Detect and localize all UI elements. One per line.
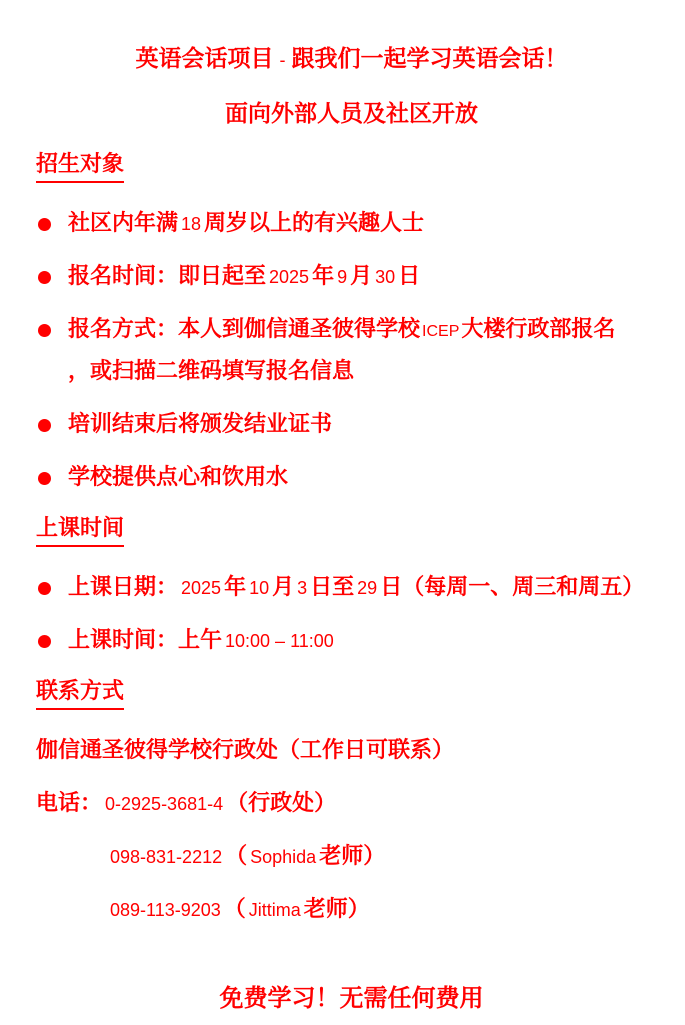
reg-period-day: 30 <box>375 267 395 287</box>
flyer-page: 英语会话项目-跟我们一起学习英语会话！ 面向外部人员及社区开放 招生对象 社区内… <box>0 0 685 1025</box>
phone-main-number: 0-2925-3681-4 <box>105 794 223 814</box>
refreshments-text: 学校提供点心和饮用水 <box>68 465 288 490</box>
bullet-item-eligibility: 社区内年满18周岁以上的有兴趣人士 <box>36 209 667 239</box>
teacher1-paren-open: （ <box>225 844 247 869</box>
class-dates-year: 2025 <box>181 578 221 598</box>
reg-period-text-4: 日 <box>398 264 420 289</box>
bullet-icon <box>38 419 51 432</box>
reg-period-year: 2025 <box>269 267 309 287</box>
footer-free-notice: 免费学习！无需任何费用 <box>36 983 667 1013</box>
bullet-icon <box>38 271 51 284</box>
bullet-item-class-time: 上课时间：上午10:00 – 11:00 <box>36 626 667 656</box>
page-subtitle: 面向外部人员及社区开放 <box>36 99 667 129</box>
bullet-item-refreshments: 学校提供点心和饮用水 <box>36 463 667 493</box>
heading-admission-text: 招生对象 <box>36 152 124 183</box>
class-dates-end-day: 29 <box>357 578 377 598</box>
section-heading-schedule: 上课时间 <box>36 514 667 547</box>
contact-phone-teacher1: 098-831-2212（Sophida老师） <box>36 842 667 872</box>
reg-period-month: 9 <box>337 267 347 287</box>
title-part2: 跟我们一起学习英语会话！ <box>292 46 568 72</box>
bullet-icon <box>38 472 51 485</box>
bullet-item-certificate: 培训结束后将颁发结业证书 <box>36 410 667 440</box>
teacher2-title: 老师） <box>304 897 370 922</box>
teacher2-paren-open: （ <box>224 897 246 922</box>
reg-period-text-1: 报名时间：即日起至 <box>68 264 266 289</box>
page-title: 英语会话项目-跟我们一起学习英语会话！ <box>36 44 667 75</box>
eligibility-text-1: 社区内年满 <box>68 211 178 236</box>
reg-method-line2: ，或扫描二维码填写报名信息 <box>68 357 667 387</box>
phone-main-dept: （行政处） <box>226 791 336 816</box>
title-dash: - <box>280 50 286 70</box>
contact-office-line: 伽信通圣彼得学校行政处（工作日可联系） <box>36 736 667 766</box>
teacher1-title: 老师） <box>319 844 385 869</box>
teacher1-phone-number: 098-831-2212 <box>110 847 222 867</box>
section-heading-admission: 招生对象 <box>36 150 667 183</box>
bullet-item-registration-period: 报名时间：即日起至2025年9月30日 <box>36 262 667 292</box>
class-dates-month: 10 <box>249 578 269 598</box>
bullet-icon <box>38 324 51 337</box>
reg-method-text-2: 大楼行政部报名 <box>461 317 615 342</box>
contact-phone-main: 电话：0-2925-3681-4（行政处） <box>36 789 667 819</box>
class-dates-text-4: 日至 <box>310 575 354 600</box>
class-dates-text-2: 年 <box>224 575 246 600</box>
class-dates-text-1: 上课日期： <box>68 575 178 600</box>
class-dates-start-day: 3 <box>297 578 307 598</box>
certificate-text: 培训结束后将颁发结业证书 <box>68 412 332 437</box>
teacher2-phone-number: 089-113-9203 <box>110 900 221 920</box>
bullet-icon <box>38 582 51 595</box>
title-part1: 英语会话项目 <box>136 46 274 72</box>
teacher1-name: Sophida <box>250 847 316 867</box>
reg-method-text-1: 报名方式：本人到伽信通圣彼得学校 <box>68 317 420 342</box>
class-time-text: 上课时间：上午 <box>68 628 222 653</box>
bullet-item-registration-method: 报名方式：本人到伽信通圣彼得学校ICEP大楼行政部报名 ，或扫描二维码填写报名信… <box>36 315 667 387</box>
class-time-range: 10:00 – 11:00 <box>225 631 334 651</box>
class-dates-text-3: 月 <box>272 575 294 600</box>
reg-period-text-2: 年 <box>312 264 334 289</box>
reg-method-line1: 报名方式：本人到伽信通圣彼得学校ICEP大楼行政部报名 <box>68 315 667 347</box>
class-dates-text-5: 日（每周一、周三和周五） <box>380 575 644 600</box>
bullet-item-class-dates: 上课日期：2025年10月3日至29日（每周一、周三和周五） <box>36 573 667 603</box>
bullet-icon <box>38 218 51 231</box>
teacher2-name: Jittima <box>249 900 301 920</box>
reg-method-building-code: ICEP <box>422 323 459 340</box>
section-heading-contact: 联系方式 <box>36 677 667 710</box>
heading-contact-text: 联系方式 <box>36 679 124 710</box>
eligibility-text-2: 周岁以上的有兴趣人士 <box>204 211 424 236</box>
heading-schedule-text: 上课时间 <box>36 516 124 547</box>
reg-period-text-3: 月 <box>350 264 372 289</box>
contact-phone-teacher2: 089-113-9203（Jittima老师） <box>36 895 667 925</box>
bullet-icon <box>38 635 51 648</box>
phone-label: 电话： <box>36 791 102 816</box>
eligibility-age: 18 <box>181 214 201 234</box>
